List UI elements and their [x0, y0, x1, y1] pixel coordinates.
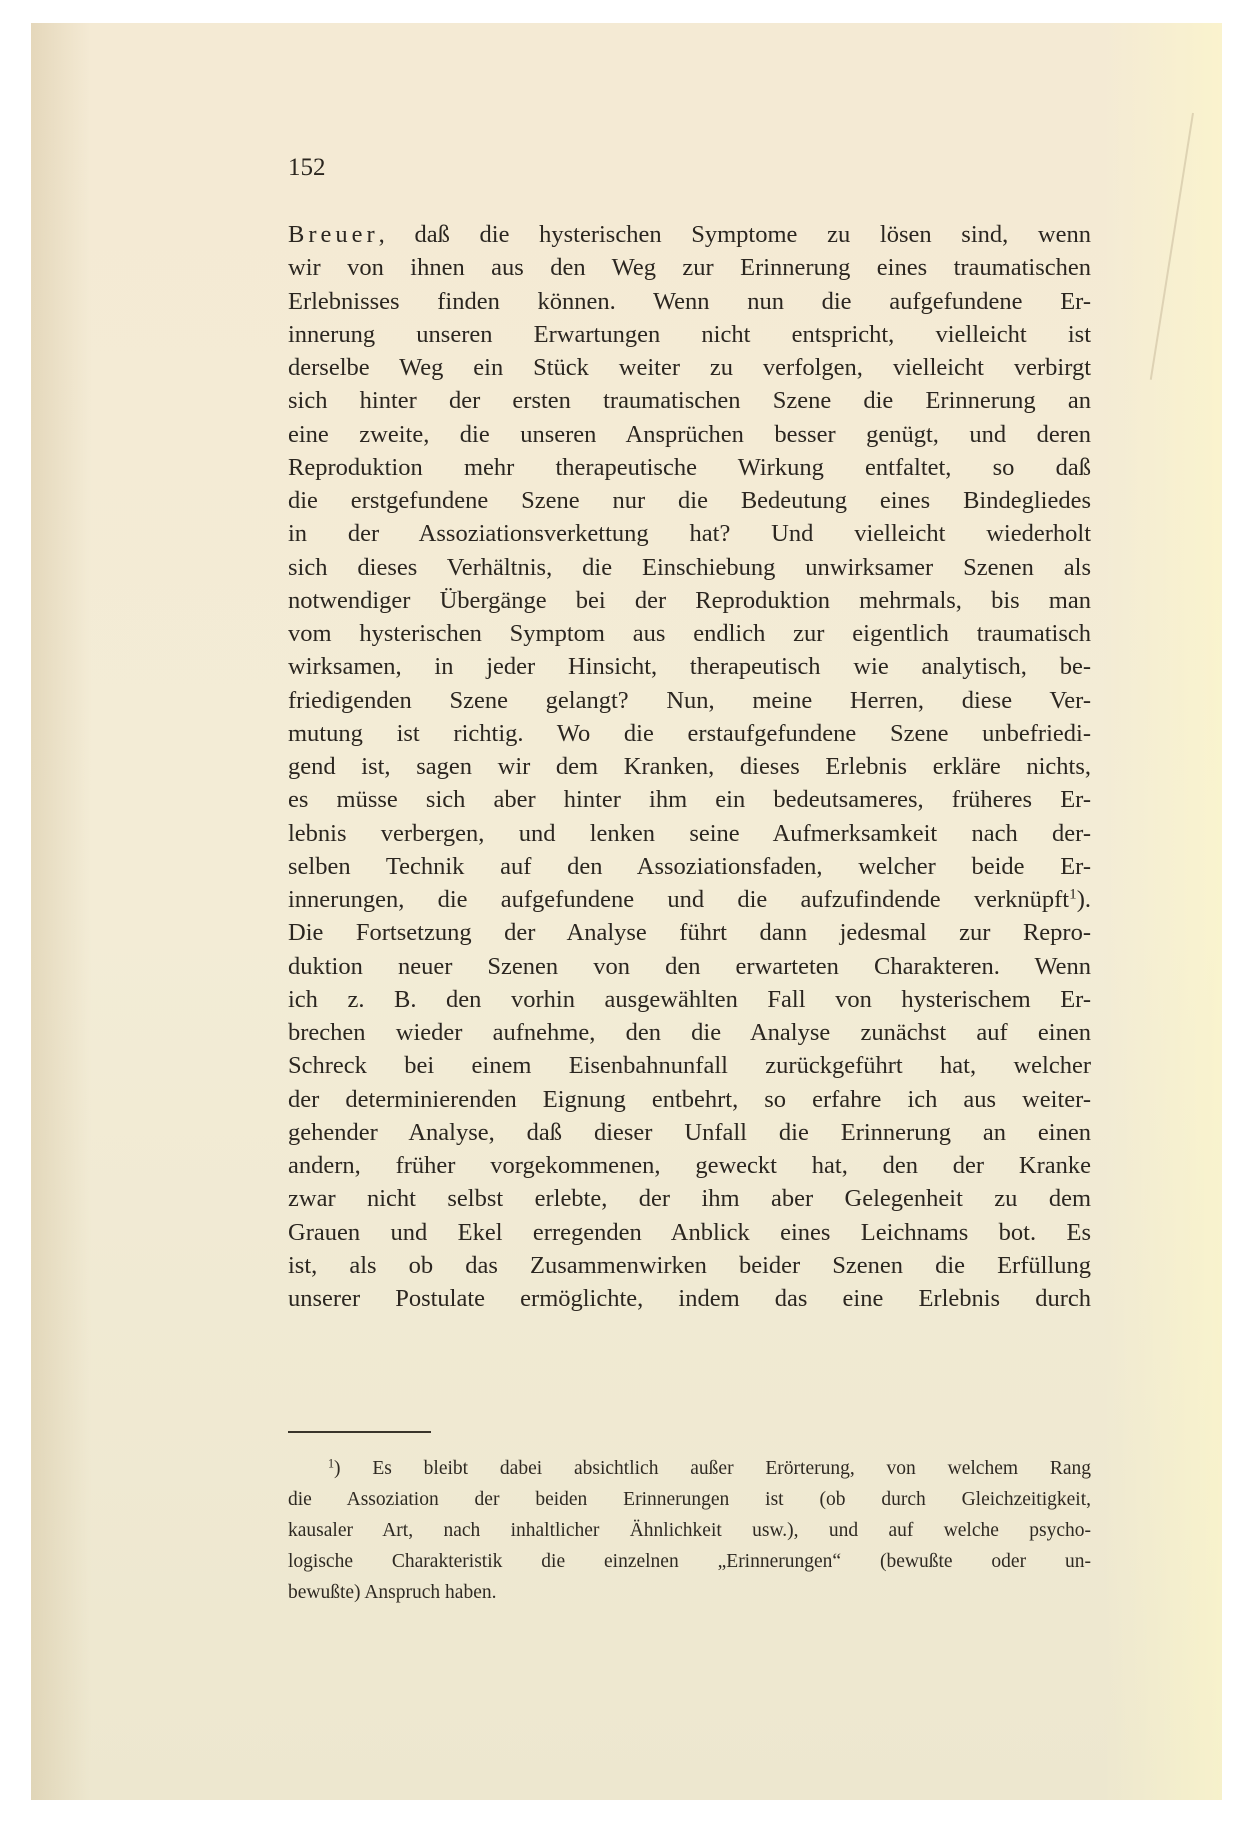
footnote-line: bewußte) Anspruch haben.	[288, 1577, 1091, 1608]
body-line: notwendiger Übergänge bei der Reprodukti…	[288, 584, 1091, 617]
body-line: lebnis verbergen, und lenken seine Aufme…	[288, 817, 1091, 850]
body-line: andern, früher vorgekommenen, geweckt ha…	[288, 1149, 1091, 1182]
body-line: Grauen und Ekel erregenden Anblick eines…	[288, 1216, 1091, 1249]
body-line: in der Assoziationsverkettung hat? Und v…	[288, 517, 1091, 550]
body-line: Die Fortsetzung der Analyse führt dann j…	[288, 916, 1091, 949]
body-line: gend ist, sagen wir dem Kranken, dieses …	[288, 750, 1091, 783]
body-line: selben Technik auf den Assoziationsfaden…	[288, 850, 1091, 883]
body-line: Erlebnisses finden können. Wenn nun die …	[288, 285, 1091, 318]
body-line: eine zweite, die unseren Ansprüchen bess…	[288, 418, 1091, 451]
line-text: innerungen, die aufgefundene und die auf…	[288, 886, 1069, 913]
body-text: Breuer, daß die hysterischen Symptome zu…	[288, 218, 1091, 1315]
author-name-spaced: Breuer	[288, 221, 379, 248]
footnote-separator	[288, 1431, 431, 1433]
footnote-reference[interactable]: 1	[1069, 886, 1077, 903]
body-line: wir von ihnen aus den Weg zur Erinnerung…	[288, 251, 1091, 284]
body-line: Breuer, daß die hysterischen Symptome zu…	[288, 218, 1091, 251]
line-text: ).	[1077, 886, 1091, 913]
body-line: ist, als ob das Zusammenwirken beider Sz…	[288, 1249, 1091, 1282]
body-line: der determinierenden Eignung entbehrt, s…	[288, 1083, 1091, 1116]
body-line: zwar nicht selbst erlebte, der ihm aber …	[288, 1182, 1091, 1215]
body-line: duktion neuer Szenen von den erwarteten …	[288, 950, 1091, 983]
body-line: sich hinter der ersten traumatischen Sze…	[288, 384, 1091, 417]
body-line: gehender Analyse, daß dieser Unfall die …	[288, 1116, 1091, 1149]
footnote-line: kausaler Art, nach inhaltlicher Ähnlichk…	[288, 1515, 1091, 1546]
page-number: 152	[288, 154, 326, 182]
body-line: derselbe Weg ein Stück weiter zu verfolg…	[288, 351, 1091, 384]
footnote-line: die Assoziation der beiden Erinnerungen …	[288, 1484, 1091, 1515]
body-line: Schreck bei einem Eisenbahnunfall zurück…	[288, 1049, 1091, 1082]
body-line: brechen wieder aufnehme, den die Analyse…	[288, 1016, 1091, 1049]
body-line: es müsse sich aber hinter ihm ein bedeut…	[288, 783, 1091, 816]
footnote-line: logische Charakteristik die einzelnen „E…	[288, 1546, 1091, 1577]
page-crease-mark	[1150, 113, 1194, 380]
line-text: ) Es bleibt dabei absichtlich außer Erör…	[334, 1458, 1091, 1479]
body-line: innerung unseren Erwartungen nicht entsp…	[288, 318, 1091, 351]
footnote: 1) Es bleibt dabei absichtlich außer Erö…	[288, 1453, 1091, 1608]
footnote-line: 1) Es bleibt dabei absichtlich außer Erö…	[288, 1453, 1091, 1484]
scanned-page: 152 Breuer, daß die hysterischen Symptom…	[31, 23, 1222, 1800]
body-line: ich z. B. den vorhin ausgewählten Fall v…	[288, 983, 1091, 1016]
body-line: wirksamen, in jeder Hinsicht, therapeuti…	[288, 650, 1091, 683]
line-text: , daß die hysterischen Symptome zu lösen…	[379, 221, 1091, 248]
body-line: unserer Postulate ermöglichte, indem das…	[288, 1282, 1091, 1315]
body-line: mutung ist richtig. Wo die erstaufgefund…	[288, 717, 1091, 750]
body-line: die erstgefundene Szene nur die Bedeutun…	[288, 484, 1091, 517]
body-line: sich dieses Verhältnis, die Einschiebung…	[288, 551, 1091, 584]
body-line: friedigenden Szene gelangt? Nun, meine H…	[288, 684, 1091, 717]
body-line: Reproduktion mehr therapeutische Wirkung…	[288, 451, 1091, 484]
body-line: vom hysterischen Symptom aus endlich zur…	[288, 617, 1091, 650]
body-line: innerungen, die aufgefundene und die auf…	[288, 883, 1091, 916]
